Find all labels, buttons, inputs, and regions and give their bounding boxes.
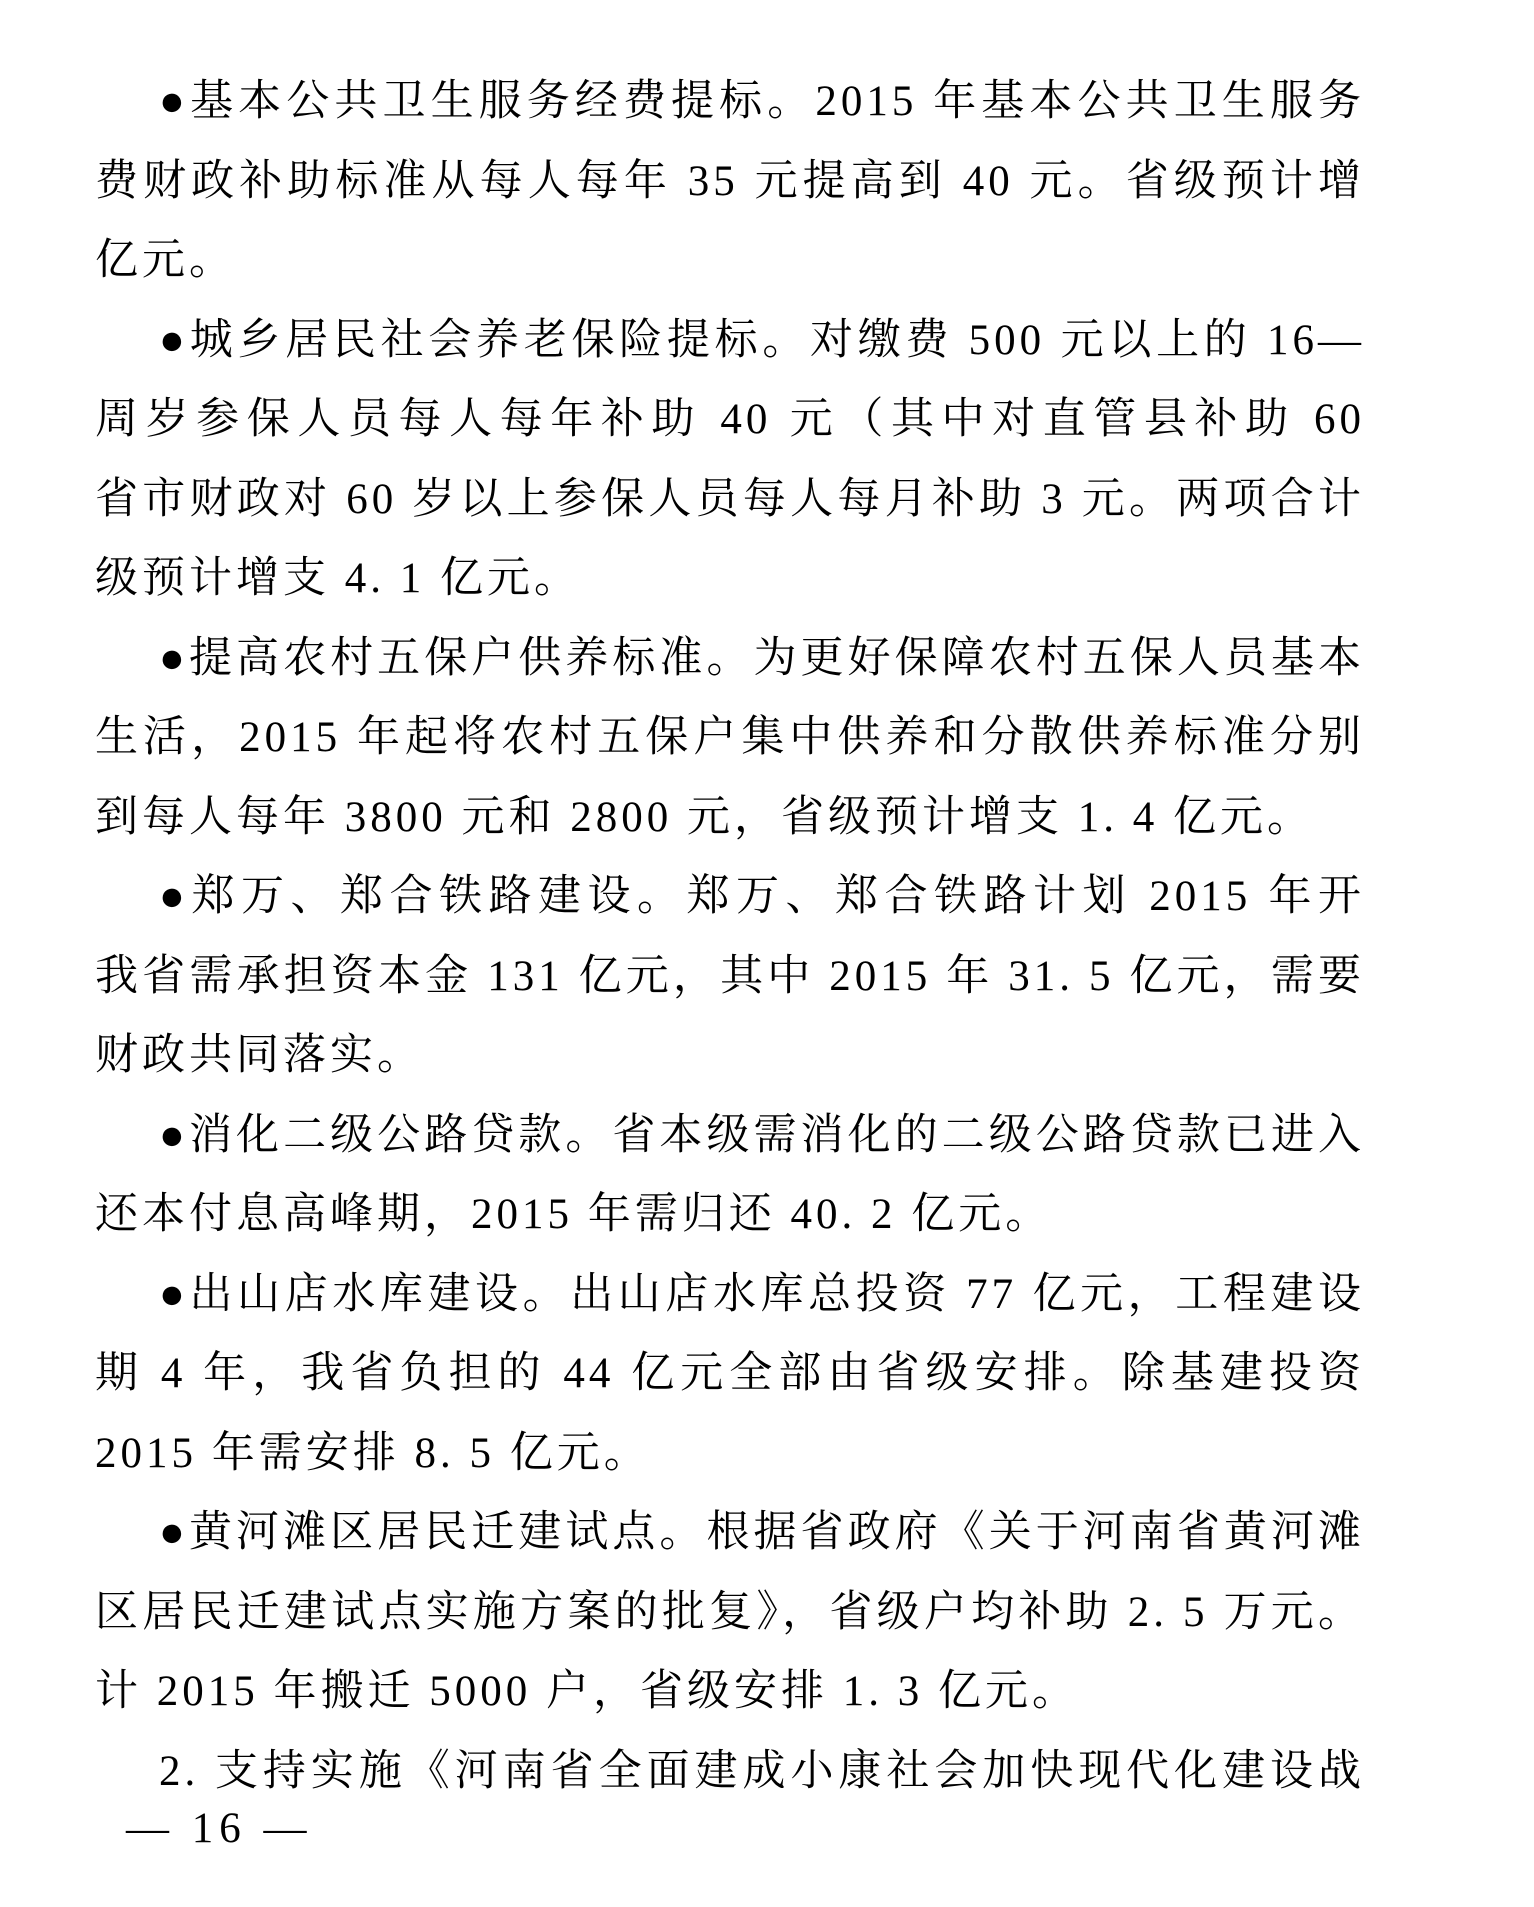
paragraph: ●基本公共卫生服务经费提标。2015 年基本公共卫生服务经 费财政补助标准从每人… <box>95 62 1365 301</box>
text-line: ●郑万、郑合铁路建设。郑万、郑合铁路计划 2015 年开工， <box>95 857 1365 937</box>
text-line: ●消化二级公路贷款。省本级需消化的二级公路贷款已进入 <box>95 1096 1365 1176</box>
text-line: 周岁参保人员每人每年补助 40 元（其中对直管县补助 60 元）。 <box>95 380 1365 460</box>
paragraph: ●郑万、郑合铁路建设。郑万、郑合铁路计划 2015 年开工， 我省需承担资本金 … <box>95 857 1365 1096</box>
text-column: ●基本公共卫生服务经费提标。2015 年基本公共卫生服务经 费财政补助标准从每人… <box>95 62 1365 1811</box>
text-line: 期 4 年，我省负担的 44 亿元全部由省级安排。除基建投资外， <box>95 1334 1365 1414</box>
page-number: — 16 — <box>126 1798 313 1860</box>
text-line: 级预计增支 4. 1 亿元。 <box>95 539 1365 619</box>
text-line: 计 2015 年搬迁 5000 户，省级安排 1. 3 亿元。 <box>95 1652 1365 1732</box>
text-line: ●城乡居民社会养老保险提标。对缴费 500 元以上的 16—59 <box>95 301 1365 381</box>
paragraph: ●城乡居民社会养老保险提标。对缴费 500 元以上的 16—59 周岁参保人员每… <box>95 301 1365 619</box>
text-line: 亿元。 <box>95 221 1365 301</box>
text-line: 还本付息高峰期，2015 年需归还 40. 2 亿元。 <box>95 1175 1365 1255</box>
text-line: 到每人每年 3800 元和 2800 元，省级预计增支 1. 4 亿元。 <box>95 778 1365 858</box>
paragraph: ●黄河滩区居民迁建试点。根据省政府《关于河南省黄河滩 区居民迁建试点实施方案的批… <box>95 1493 1365 1732</box>
text-line: 区居民迁建试点实施方案的批复》，省级户均补助 2. 5 万元。预 <box>95 1573 1365 1653</box>
paragraph: ●消化二级公路贷款。省本级需消化的二级公路贷款已进入 还本付息高峰期，2015 … <box>95 1096 1365 1255</box>
text-line: 我省需承担资本金 131 亿元，其中 2015 年 31. 5 亿元，需要省市 <box>95 937 1365 1017</box>
document-page: ●基本公共卫生服务经费提标。2015 年基本公共卫生服务经 费财政补助标准从每人… <box>0 0 1534 1907</box>
text-line: 2015 年需安排 8. 5 亿元。 <box>95 1414 1365 1494</box>
paragraph: ●出山店水库建设。出山店水库总投资 77 亿元，工程建设 期 4 年，我省负担的… <box>95 1255 1365 1494</box>
text-line: 财政共同落实。 <box>95 1016 1365 1096</box>
text-line: ●提高农村五保户供养标准。为更好保障农村五保人员基本 <box>95 619 1365 699</box>
text-line: ●出山店水库建设。出山店水库总投资 77 亿元，工程建设 <box>95 1255 1365 1335</box>
text-line: ●基本公共卫生服务经费提标。2015 年基本公共卫生服务经 <box>95 62 1365 142</box>
text-line: 省市财政对 60 岁以上参保人员每人每月补助 3 元。两项合计省 <box>95 460 1365 540</box>
text-line: ●黄河滩区居民迁建试点。根据省政府《关于河南省黄河滩 <box>95 1493 1365 1573</box>
text-line: 生活，2015 年起将农村五保户集中供养和分散供养标准分别提高 <box>95 698 1365 778</box>
paragraph: ●提高农村五保户供养标准。为更好保障农村五保人员基本 生活，2015 年起将农村… <box>95 619 1365 858</box>
text-line: 费财政补助标准从每人每年 35 元提高到 40 元。省级预计增支 2 <box>95 142 1365 222</box>
